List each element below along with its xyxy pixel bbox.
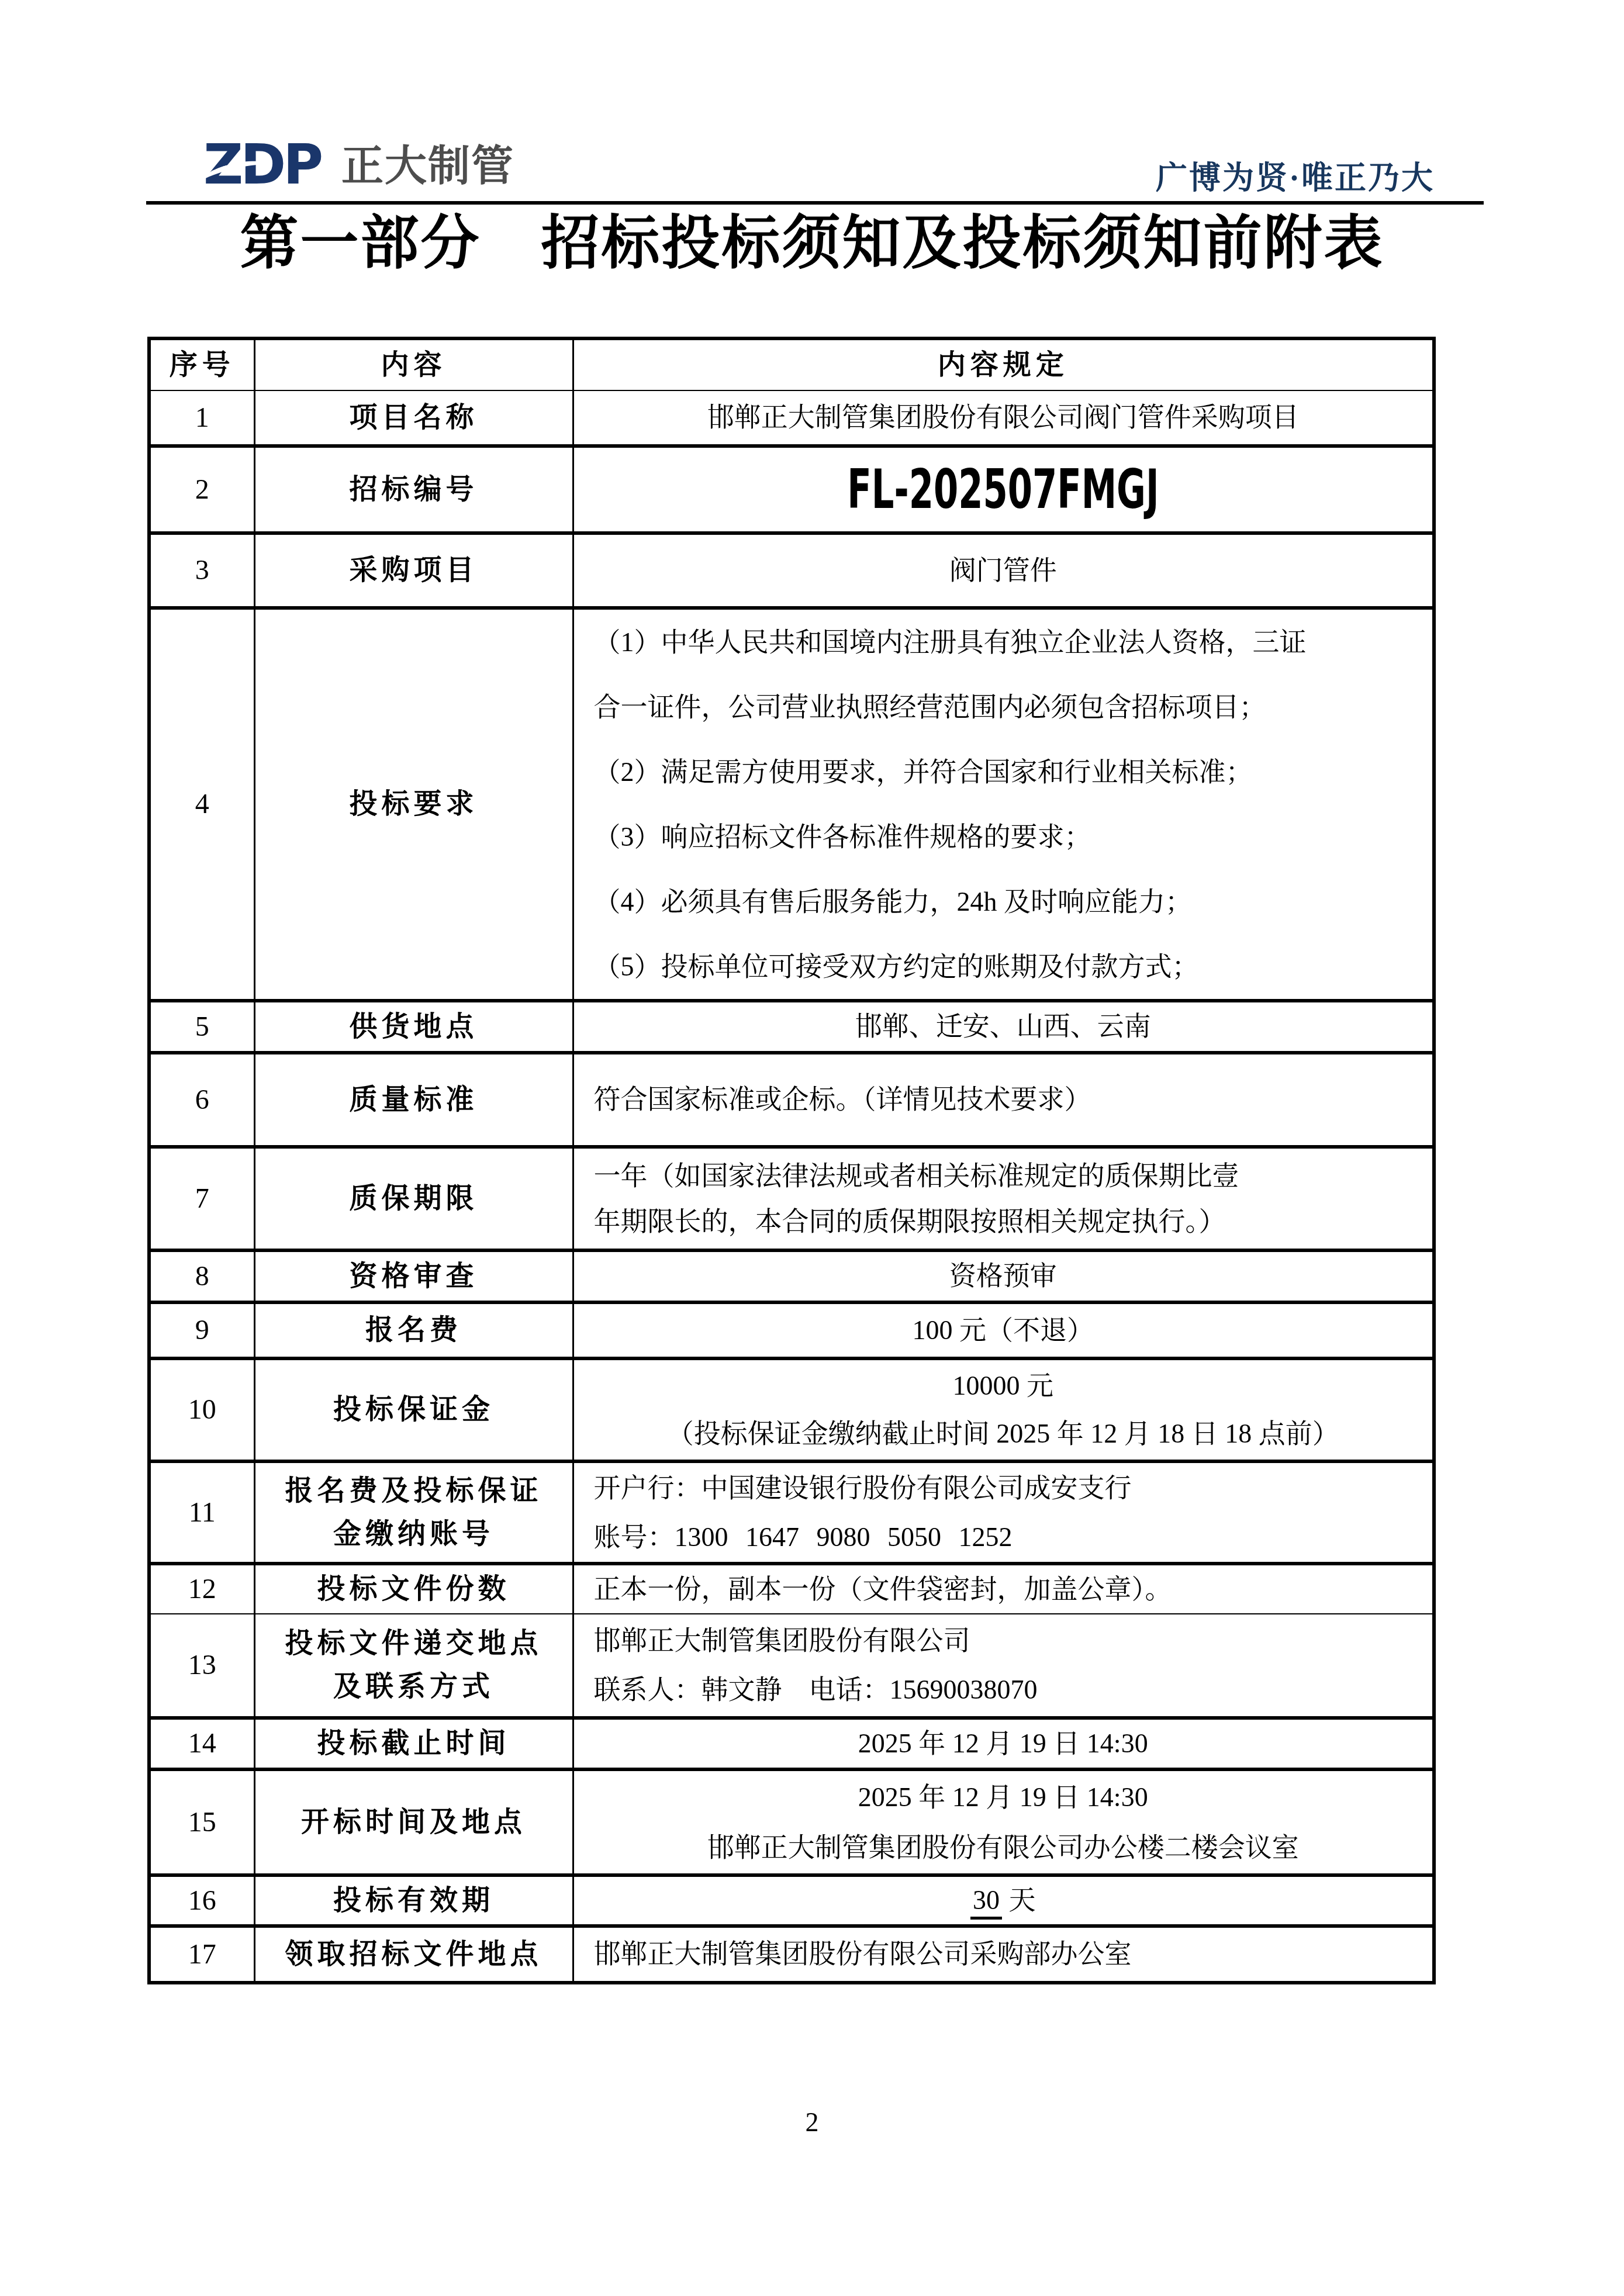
row-label: 招标编号 [254, 446, 573, 533]
row-label: 投标有效期 [254, 1875, 573, 1926]
row-label: 项目名称 [254, 390, 573, 446]
row-label: 投标截止时间 [254, 1718, 573, 1769]
row-number: 1 [149, 390, 254, 446]
table-row: 15 开标时间及地点 2025 年 12 月 19 日 14:30 邯郸正大制管… [149, 1769, 1434, 1875]
bid-notice-table: 序号 内容 内容规定 1 项目名称 邯郸正大制管集团股份有限公司阀门管件采购项目… [147, 337, 1436, 1984]
row-label: 采购项目 [254, 533, 573, 608]
row-value: 正本一份，副本一份（文件袋密封，加盖公章）。 [573, 1564, 1434, 1614]
table-row: 8 资格审查 资格预审 [149, 1250, 1434, 1302]
row-number: 15 [149, 1769, 254, 1875]
row-number: 6 [149, 1053, 254, 1147]
row-value: 2025 年 12 月 19 日 14:30 [573, 1718, 1434, 1769]
company-logo: ZDP 正大制管 [203, 138, 514, 193]
row-label: 投标文件份数 [254, 1564, 573, 1614]
row-label: 报名费及投标保证 金缴纳账号 [254, 1461, 573, 1564]
row-number: 7 [149, 1147, 254, 1250]
address-line: 邯郸正大制管集团股份有限公司 [594, 1616, 1413, 1665]
validity-days: 30 [970, 1885, 1002, 1920]
table-row: 12 投标文件份数 正本一份，副本一份（文件袋密封，加盖公章）。 [149, 1564, 1434, 1614]
table-row: 4 投标要求 （1）中华人民共和国境内注册具有独立企业法人资格，三证 合一证件，… [149, 608, 1434, 1001]
row-label: 质量标准 [254, 1053, 573, 1147]
page-number: 2 [0, 2107, 1624, 2138]
row-label: 供货地点 [254, 1001, 573, 1053]
col-header-content: 内容 [254, 338, 573, 390]
requirement-line: （3）响应招标文件各标准件规格的要求； [594, 804, 1413, 869]
row-label: 质保期限 [254, 1147, 573, 1250]
table-header-row: 序号 内容 内容规定 [149, 338, 1434, 390]
table-row: 6 质量标准 符合国家标准或企标。（详情见技术要求） [149, 1053, 1434, 1147]
col-header-spec: 内容规定 [573, 338, 1434, 390]
row-number: 11 [149, 1461, 254, 1564]
table-row: 11 报名费及投标保证 金缴纳账号 开户行：中国建设银行股份有限公司成安支行 账… [149, 1461, 1434, 1564]
row-number: 5 [149, 1001, 254, 1053]
requirement-line: （2）满足需方使用要求，并符合国家和行业相关标准； [594, 739, 1413, 804]
row-value: 30 天 [573, 1875, 1434, 1926]
row-number: 4 [149, 608, 254, 1001]
table-row: 5 供货地点 邯郸、迁安、山西、云南 [149, 1001, 1434, 1053]
account-line: 账号：1300 1647 9080 5050 1252 [594, 1513, 1413, 1562]
row-number: 16 [149, 1875, 254, 1926]
label-line: 投标文件递交地点 [255, 1622, 572, 1665]
row-value: 邯郸、迁安、山西、云南 [573, 1001, 1434, 1053]
row-number: 2 [149, 446, 254, 533]
row-value: 2025 年 12 月 19 日 14:30 邯郸正大制管集团股份有限公司办公楼… [573, 1769, 1434, 1875]
bid-code: FL-202507FMGJ [847, 451, 1159, 528]
table-row: 1 项目名称 邯郸正大制管集团股份有限公司阀门管件采购项目 [149, 390, 1434, 446]
row-value: 符合国家标准或企标。（详情见技术要求） [573, 1053, 1434, 1147]
row-label: 开标时间及地点 [254, 1769, 573, 1875]
logo-company-name: 正大制管 [341, 144, 514, 186]
requirement-line: （5）投标单位可接受双方约定的账期及付款方式； [594, 934, 1413, 999]
value-line: 一年（如国家法律法规或者相关标准规定的质保期比壹 [594, 1153, 1413, 1199]
row-value: 邯郸正大制管集团股份有限公司阀门管件采购项目 [573, 390, 1434, 446]
row-number: 9 [149, 1302, 254, 1358]
col-header-no: 序号 [149, 338, 254, 390]
table-row: 10 投标保证金 10000 元 （投标保证金缴纳截止时间 2025 年 12 … [149, 1358, 1434, 1461]
row-value: 10000 元 （投标保证金缴纳截止时间 2025 年 12 月 18 日 18… [573, 1358, 1434, 1461]
table-row: 17 领取招标文件地点 邯郸正大制管集团股份有限公司采购部办公室 [149, 1926, 1434, 1983]
logo-zdp-mark: ZDP [203, 138, 320, 193]
table-row: 13 投标文件递交地点 及联系方式 邯郸正大制管集团股份有限公司 联系人：韩文静… [149, 1614, 1434, 1718]
table-row: 9 报名费 100 元（不退） [149, 1302, 1434, 1358]
row-value: 开户行：中国建设银行股份有限公司成安支行 账号：1300 1647 9080 5… [573, 1461, 1434, 1564]
row-label: 报名费 [254, 1302, 573, 1358]
value-line: 邯郸正大制管集团股份有限公司办公楼二楼会议室 [574, 1823, 1433, 1873]
table-row: 16 投标有效期 30 天 [149, 1875, 1434, 1926]
row-value: 资格预审 [573, 1250, 1434, 1302]
label-line: 金缴纳账号 [255, 1513, 572, 1556]
contact-line: 联系人：韩文静 电话：15690038070 [594, 1665, 1413, 1714]
row-number: 17 [149, 1926, 254, 1983]
requirement-line: （1）中华人民共和国境内注册具有独立企业法人资格，三证 [594, 610, 1413, 675]
row-label: 资格审查 [254, 1250, 573, 1302]
value-line: 2025 年 12 月 19 日 14:30 [574, 1772, 1433, 1823]
row-value: 100 元（不退） [573, 1302, 1434, 1358]
table-row: 7 质保期限 一年（如国家法律法规或者相关标准规定的质保期比壹 年期限长的，本合… [149, 1147, 1434, 1250]
row-value: （1）中华人民共和国境内注册具有独立企业法人资格，三证 合一证件，公司营业执照经… [573, 608, 1434, 1001]
label-line: 报名费及投标保证 [255, 1469, 572, 1513]
row-label: 投标要求 [254, 608, 573, 1001]
header-divider [146, 201, 1484, 205]
row-value: FL-202507FMGJ [573, 446, 1434, 533]
row-value: 邯郸正大制管集团股份有限公司采购部办公室 [573, 1926, 1434, 1983]
value-line: 年期限长的，本合同的质保期限按照相关规定执行。） [594, 1199, 1413, 1244]
row-label: 投标文件递交地点 及联系方式 [254, 1614, 573, 1718]
row-value: 一年（如国家法律法规或者相关标准规定的质保期比壹 年期限长的，本合同的质保期限按… [573, 1147, 1434, 1250]
requirement-line: 合一证件，公司营业执照经营范围内必须包含招标项目； [594, 675, 1413, 739]
row-number: 3 [149, 533, 254, 608]
value-line: （投标保证金缴纳截止时间 2025 年 12 月 18 日 18 点前） [574, 1410, 1433, 1458]
table-row: 3 采购项目 阀门管件 [149, 533, 1434, 608]
row-value: 邯郸正大制管集团股份有限公司 联系人：韩文静 电话：15690038070 [573, 1614, 1434, 1718]
row-number: 14 [149, 1718, 254, 1769]
requirement-line: （4）必须具有售后服务能力，24h 及时响应能力； [594, 869, 1413, 934]
validity-unit: 天 [1002, 1885, 1036, 1915]
bank-line: 开户行：中国建设银行股份有限公司成安支行 [594, 1464, 1413, 1513]
page-title: 第一部分 招标投标须知及投标须知前附表 [0, 212, 1624, 276]
row-label: 投标保证金 [254, 1358, 573, 1461]
row-number: 12 [149, 1564, 254, 1614]
row-number: 10 [149, 1358, 254, 1461]
value-line: 10000 元 [574, 1362, 1433, 1410]
table-row: 14 投标截止时间 2025 年 12 月 19 日 14:30 [149, 1718, 1434, 1769]
label-line: 及联系方式 [255, 1665, 572, 1709]
row-label: 领取招标文件地点 [254, 1926, 573, 1983]
row-number: 13 [149, 1614, 254, 1718]
table-row: 2 招标编号 FL-202507FMGJ [149, 446, 1434, 533]
row-value: 阀门管件 [573, 533, 1434, 608]
company-slogan: 广博为贤·唯正乃大 [1156, 153, 1435, 198]
row-number: 8 [149, 1250, 254, 1302]
